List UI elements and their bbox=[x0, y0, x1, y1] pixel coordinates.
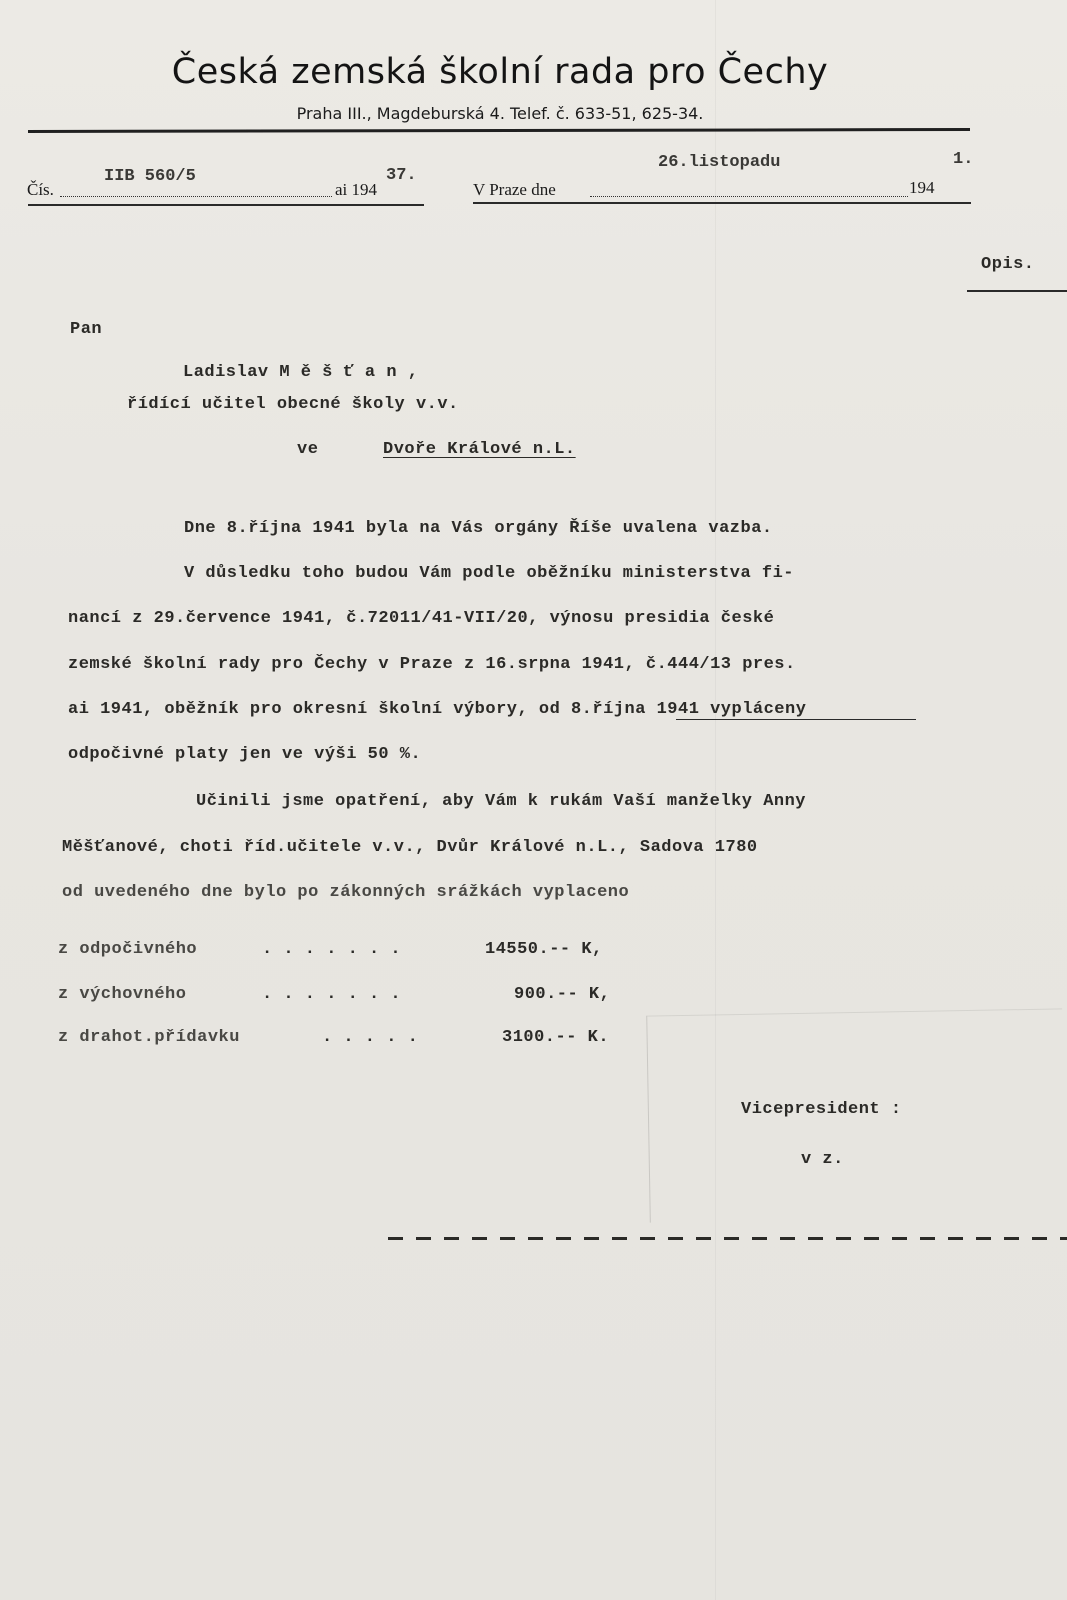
body-line-7: Učinili jsme opatření, aby Vám k rukám V… bbox=[196, 792, 806, 811]
cis-underline bbox=[28, 204, 424, 206]
date-underline bbox=[473, 202, 971, 204]
closing-dashed-line bbox=[388, 1237, 1067, 1240]
signature-proxy: v z. bbox=[801, 1150, 844, 1169]
payment-dots: . . . . . . . bbox=[262, 985, 401, 1004]
ai-year-suffix: 37. bbox=[386, 166, 417, 185]
payment-label: z výchovného bbox=[58, 985, 186, 1004]
addressee-place: Dvoře Králové n.L. bbox=[383, 440, 576, 459]
payment-amount: 3100.-- K. bbox=[502, 1028, 609, 1047]
payment-amount: 900.-- K, bbox=[514, 985, 610, 1004]
body-line-5: ai 1941, oběžník pro okresní školní výbo… bbox=[68, 700, 806, 719]
body-line-9: od uvedeného dne bylo po zákonných srážk… bbox=[62, 883, 629, 902]
body-line-4: zemské školní rady pro Čechy v Praze z 1… bbox=[68, 655, 796, 674]
body-line-2: V důsledku toho budou Vám podle oběžníku… bbox=[184, 564, 794, 583]
ai-label: ai 194 bbox=[335, 180, 377, 200]
salutation: Pan bbox=[70, 320, 102, 339]
year-suffix: 1. bbox=[953, 150, 973, 169]
body-line-1: Dne 8.října 1941 byla na Vás orgány Říše… bbox=[184, 519, 773, 538]
place-prefix: ve bbox=[297, 440, 318, 459]
body-line-6: odpočivné platy jen ve výši 50 %. bbox=[68, 745, 421, 764]
cis-dotted-line bbox=[60, 196, 332, 197]
payment-label: z odpočivného bbox=[58, 940, 197, 959]
place-label: V Praze dne bbox=[473, 180, 556, 200]
letterhead-address: Praha III., Magdeburská 4. Telef. č. 633… bbox=[0, 104, 1000, 123]
payment-dots: . . . . . bbox=[322, 1028, 418, 1047]
date-dotted-line bbox=[590, 196, 908, 197]
date-phrase-underline bbox=[676, 719, 916, 720]
signature-role: Vicepresident : bbox=[741, 1100, 902, 1119]
letterhead-title: Česká zemská školní rada pro Čechy bbox=[0, 52, 1000, 92]
copy-mark-underline bbox=[967, 290, 1067, 292]
date-value: 26.listopadu bbox=[658, 153, 780, 172]
addressee-name: Ladislav M ě š ť a n , bbox=[183, 363, 418, 382]
payment-label: z drahot.přídavku bbox=[58, 1028, 240, 1047]
cis-label: Čís. bbox=[27, 180, 54, 200]
copy-mark: Opis. bbox=[981, 255, 1035, 274]
year-label: 194 bbox=[909, 178, 935, 198]
payment-dots: . . . . . . . bbox=[262, 940, 401, 959]
payment-amount: 14550.-- K, bbox=[485, 940, 603, 959]
cis-value: IIB 560/5 bbox=[104, 167, 196, 186]
addressee-title: řídící učitel obecné školy v.v. bbox=[127, 395, 459, 414]
body-line-8: Měšťanové, choti říd.učitele v.v., Dvůr … bbox=[62, 838, 758, 857]
body-line-3: nancí z 29.července 1941, č.72011/41-VII… bbox=[68, 609, 774, 628]
